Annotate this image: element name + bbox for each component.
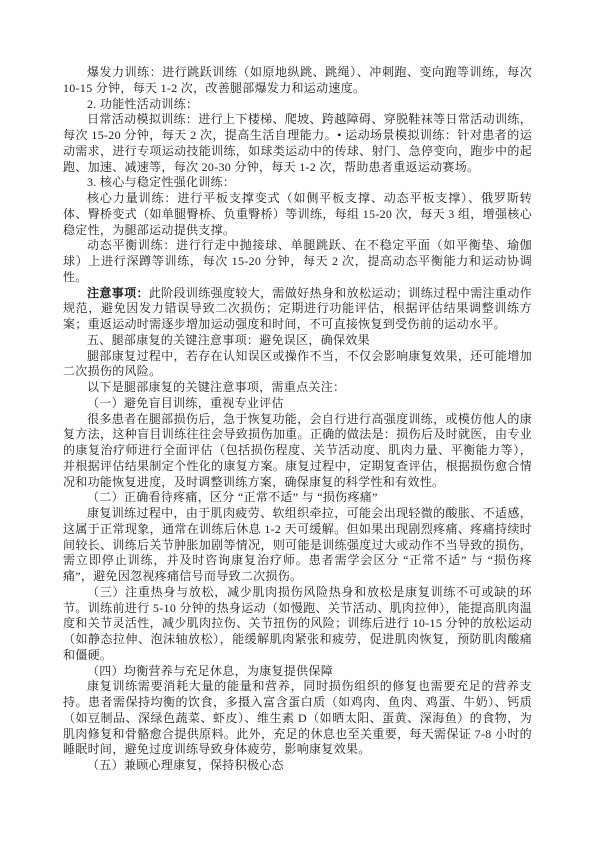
paragraph-explosive-power: 爆发力训练：进行跳跃训练（如原地纵跳、跳绳）、冲刺跑、变向跑等训练，每次 10-… bbox=[63, 65, 532, 97]
heading-functional-training: 2. 功能性活动训练： bbox=[63, 97, 532, 113]
heading-point-two: （二）正确看待疼痛，区分 “正常不适” 与 “损伤疼痛” bbox=[63, 490, 532, 506]
paragraph-core-strength: 核心力量训练：进行平板支撑变式（如侧平板支撑、动态平板支撑）、俄罗斯转体、臀桥变… bbox=[63, 191, 532, 238]
paragraph-point-four: 康复训练需要消耗大量的能量和营养，同时损伤组织的修复也需要充足的营养支持。患者需… bbox=[63, 679, 532, 758]
heading-point-five: （五）兼顾心理康复，保持积极心态 bbox=[63, 758, 532, 774]
paragraph-notice: 注意事项：此阶段训练强度较大，需做好热身和放松运动；训练过程中需注重动作规范，避… bbox=[63, 286, 532, 333]
heading-point-one: （一）避免盲目训练，重视专业评估 bbox=[63, 396, 532, 412]
heading-core-stability-training: 3. 核心与稳定性强化训练： bbox=[63, 175, 532, 191]
paragraph-dynamic-balance: 动态平衡训练：进行行走中抛接球、单腿跳跃、在不稳定平面（如平衡垫、瑜伽球）上进行… bbox=[63, 238, 532, 285]
paragraph-keypoints-intro: 以下是腿部康复的关键注意事项，需重点关注： bbox=[63, 380, 532, 396]
heading-section-five: 五、腿部康复的关键注意事项：避免误区，确保效果 bbox=[63, 333, 532, 349]
paragraph-point-three: （三）注重热身与放松，减少肌肉损伤风险热身和放松是康复训练不可或缺的环节。训练前… bbox=[63, 585, 532, 664]
document-body: 爆发力训练：进行跳跃训练（如原地纵跳、跳绳）、冲刺跑、变向跑等训练，每次 10-… bbox=[63, 65, 532, 774]
paragraph-point-two: 康复训练过程中，由于肌肉疲劳、软组织牵拉，可能会出现轻微的酸胀、不适感，这属于正… bbox=[63, 506, 532, 585]
document-page: 爆发力训练：进行跳跃训练（如原地纵跳、跳绳）、冲刺跑、变向跑等训练，每次 10-… bbox=[0, 0, 595, 841]
paragraph-daily-activity-training: 日常活动模拟训练：进行上下楼梯、爬坡、跨越障碍、穿脱鞋袜等日常活动训练，每次 1… bbox=[63, 112, 532, 175]
paragraph-point-one: 很多患者在腿部损伤后，急于恢复功能，会自行进行高强度训练，或模仿他人的康复方法，… bbox=[63, 412, 532, 491]
heading-point-four: （四）均衡营养与充足休息，为康复提供保障 bbox=[63, 664, 532, 680]
paragraph-risk-intro: 腿部康复过程中，若存在认知误区或操作不当，不仅会影响康复效果，还可能增加二次损伤… bbox=[63, 349, 532, 381]
notice-bold-label: 注意事项： bbox=[87, 286, 149, 300]
